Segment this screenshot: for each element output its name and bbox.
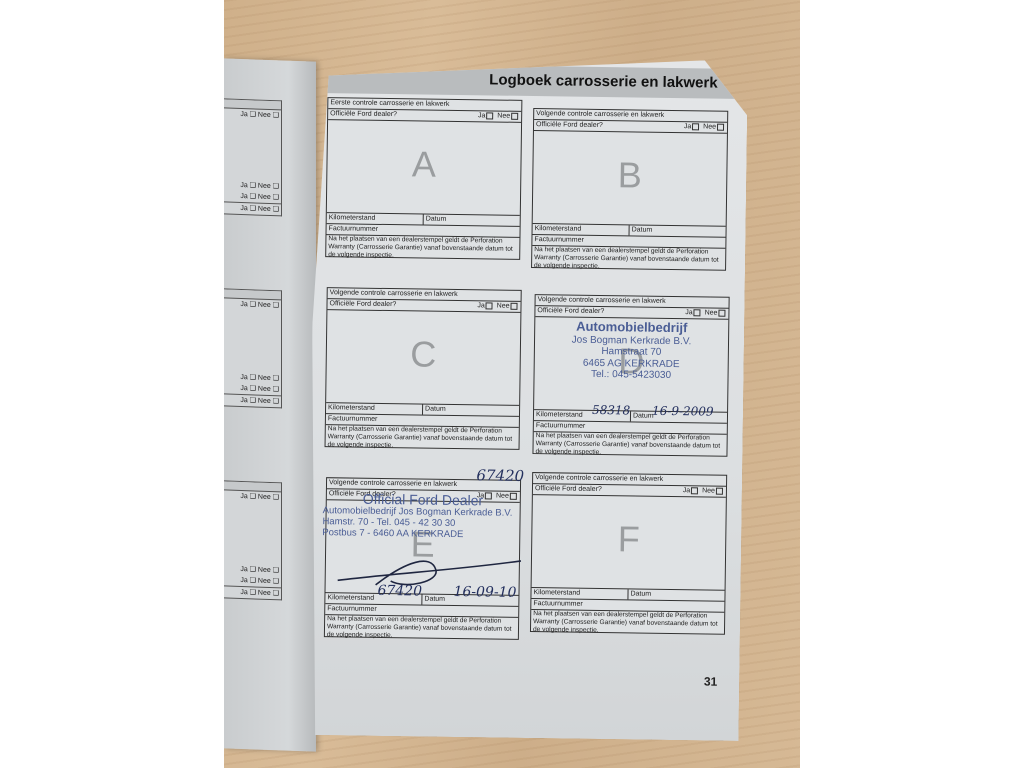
- handwritten-mileage: 67420: [377, 586, 422, 597]
- checkbox-icon: [717, 123, 724, 130]
- handwritten-mileage-top: 67420: [476, 470, 524, 481]
- checkbox-icon: [486, 112, 493, 119]
- checkbox-icon: [716, 487, 723, 494]
- checkbox-icon: [486, 302, 493, 309]
- checkbox-icon: [510, 302, 517, 309]
- right-page: Logboek carrosserie en lakwerk Eerste co…: [307, 55, 748, 741]
- left-card: Ja ❑ Nee ❑ Ja ❑ Nee ❑ Ja ❑ Nee ❑ Ja ❑ Ne…: [224, 480, 282, 600]
- photo: Ja ❑ Nee ❑ Ja ❑ Nee ❑ Ja ❑ Nee ❑ Ja ❑ Ne…: [224, 0, 800, 768]
- left-card: Ja ❑ Nee ❑ Ja ❑ Nee ❑ Ja ❑ Nee ❑ Ja ❑ Ne…: [224, 98, 282, 216]
- left-page: Ja ❑ Nee ❑ Ja ❑ Nee ❑ Ja ❑ Nee ❑ Ja ❑ Ne…: [224, 58, 316, 751]
- handwritten-date: 16-09-10: [453, 587, 516, 598]
- checkbox-icon: [691, 487, 698, 494]
- page-title: Logboek carrosserie en lakwerk: [489, 71, 718, 91]
- inspection-card-a: Eerste controle carrosserie en lakwerk O…: [325, 97, 522, 260]
- page-number: 31: [704, 674, 718, 688]
- inspection-card-b: Volgende controle carrosserie en lakwerk…: [531, 108, 728, 271]
- checkbox-icon: [694, 309, 701, 316]
- checkbox-icon: [511, 112, 518, 119]
- handwritten-date: 16-9-2009: [652, 406, 714, 417]
- handwritten-mileage: 58318: [592, 405, 630, 416]
- inspection-card-f: Volgende controle carrosserie en lakwerk…: [530, 472, 727, 635]
- checkbox-icon: [692, 123, 699, 130]
- dealer-stamp: Official Ford Dealer Automobielbedrijf J…: [322, 490, 524, 542]
- left-card: Ja ❑ Nee ❑ Ja ❑ Nee ❑ Ja ❑ Nee ❑ Ja ❑ Ne…: [224, 288, 282, 408]
- dealer-stamp: Automobielbedrijf Jos Bogman Kerkrade B.…: [542, 319, 720, 382]
- inspection-card-e: Volgende controle carrosserie en lakwerk…: [324, 477, 521, 640]
- inspection-card-d: Volgende controle carrosserie en lakwerk…: [532, 294, 729, 457]
- checkbox-icon: [718, 309, 725, 316]
- inspection-card-c: Volgende controle carrosserie en lakwerk…: [325, 287, 522, 450]
